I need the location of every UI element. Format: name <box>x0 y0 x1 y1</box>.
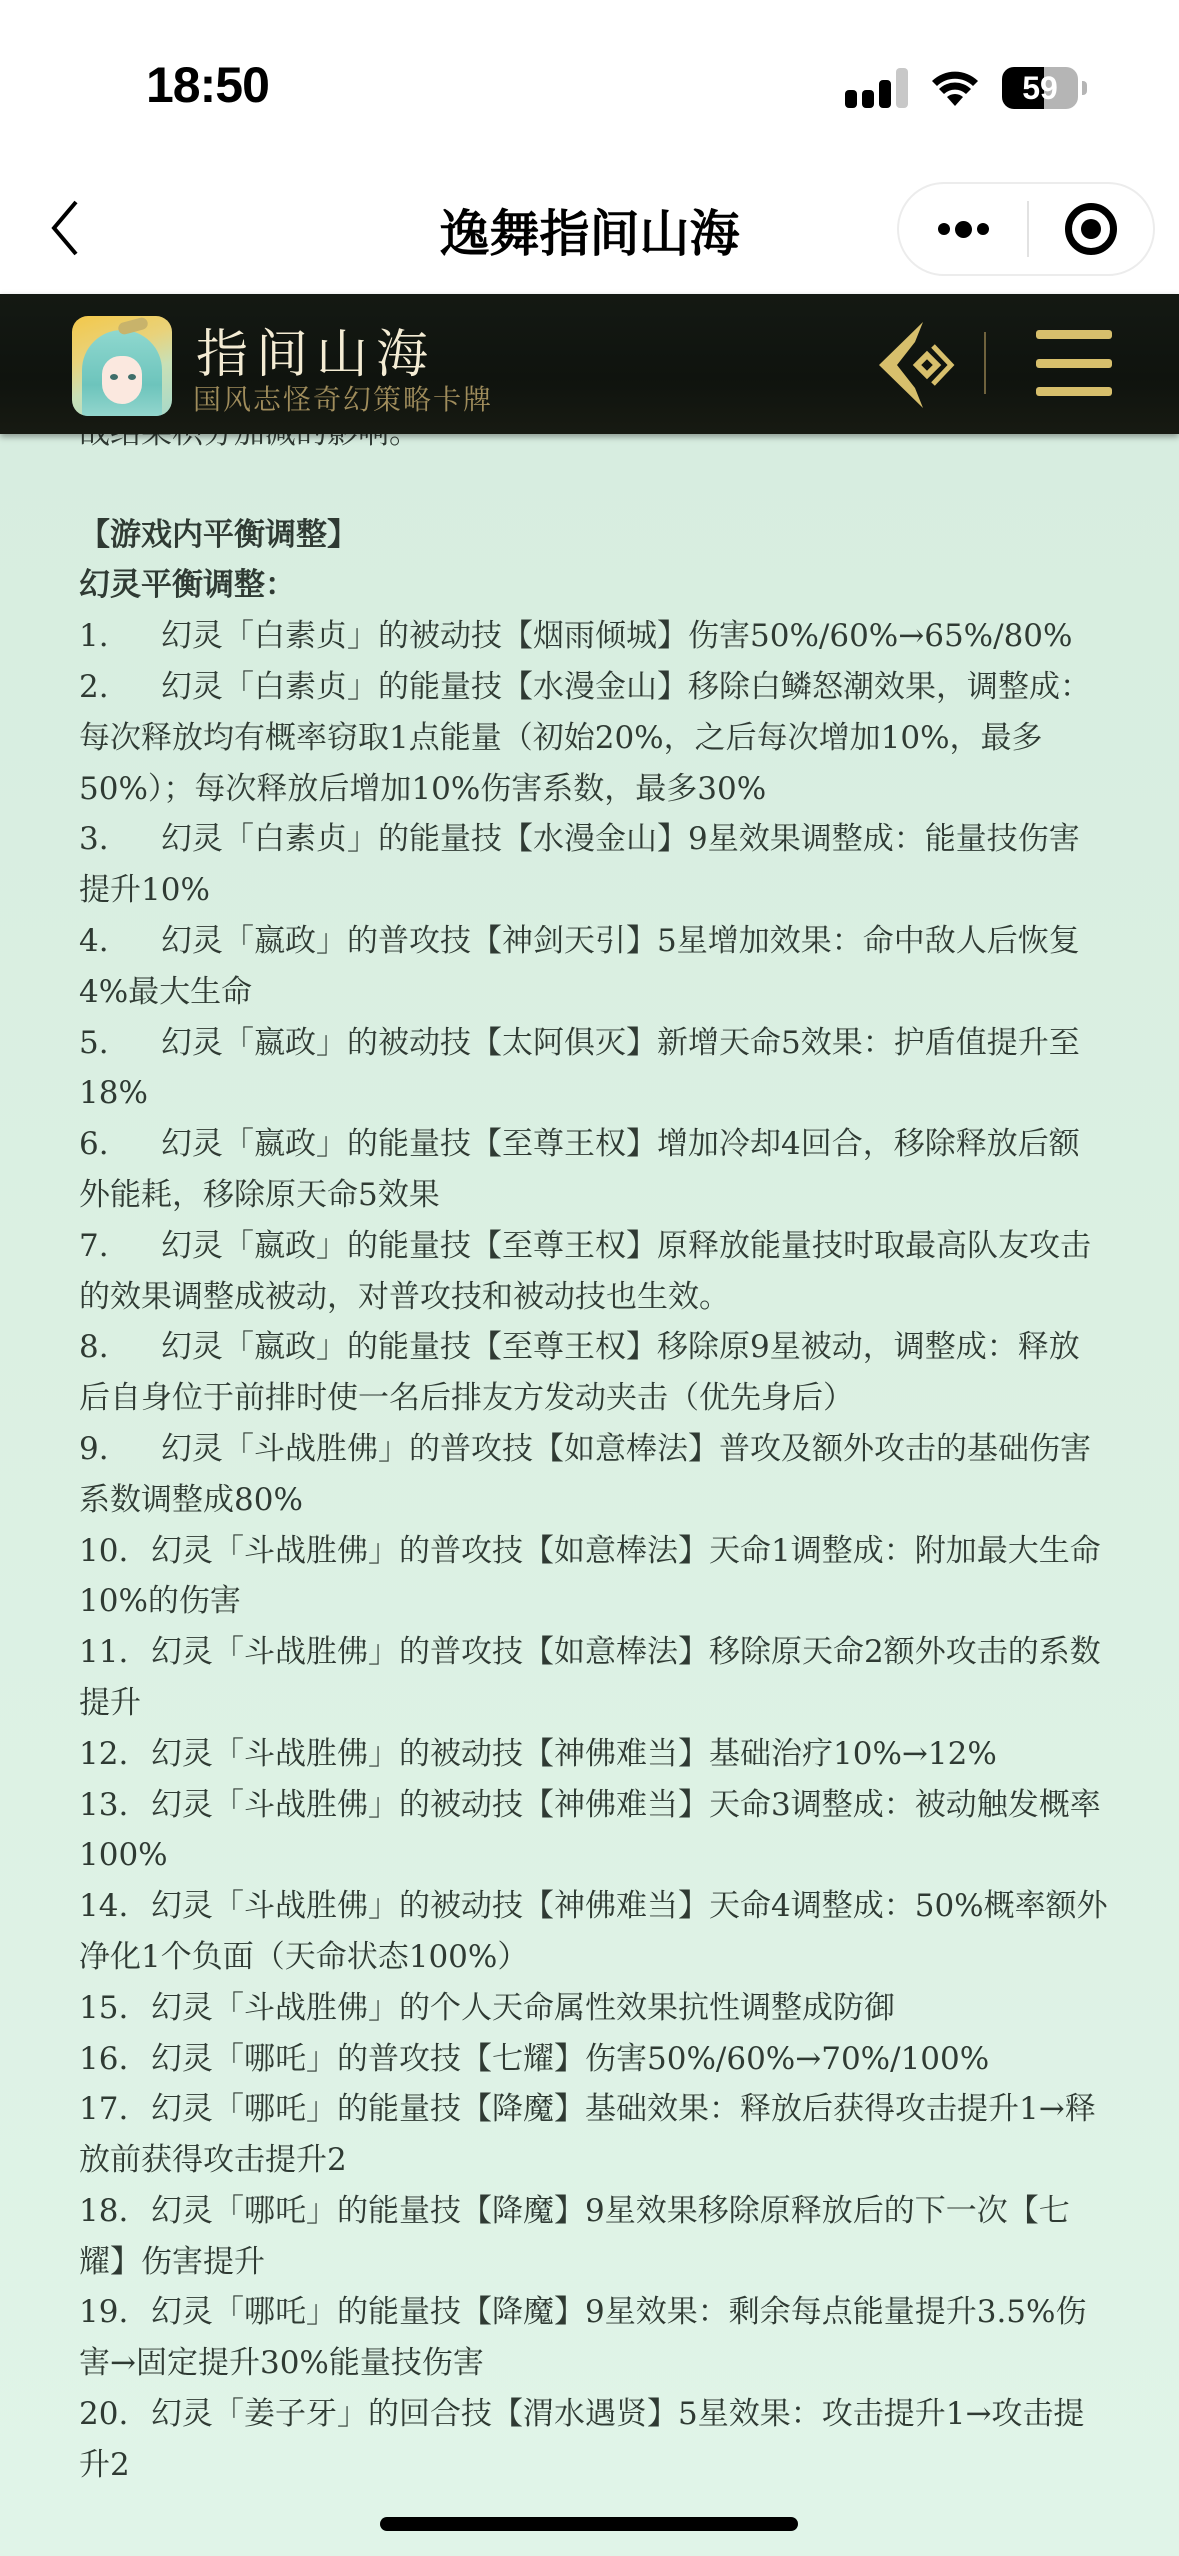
list-item: 19.幻灵「哪吒」的能量技【降魔】9星效果：剩余每点能量提升3.5%伤害→固定提… <box>79 2287 1109 2389</box>
intro-text-tail: 战结果积分加减的影响。 <box>79 434 1109 459</box>
header-divider <box>984 332 986 394</box>
list-item: 17.幻灵「哪吒」的能量技【降魔】基础效果：释放后获得攻击提升1→释放前获得攻击… <box>79 2084 1109 2186</box>
list-item: 3.幻灵「白素贞」的能量技【水漫金山】9星效果调整成：能量技伤害提升10% <box>79 814 1109 916</box>
list-item: 20.幻灵「姜子牙」的回合技【渭水遇贤】5星效果：攻击提升1→攻击提升2 <box>79 2389 1109 2491</box>
list-item: 16.幻灵「哪吒」的普攻技【七耀】伤害50%/60%→70%/100% <box>79 2034 1109 2085</box>
close-button[interactable] <box>1029 184 1153 274</box>
list-item: 10.幻灵「斗战胜佛」的普攻技【如意棒法】天命1调整成：附加最大生命10%的伤害 <box>79 1526 1109 1628</box>
list-item: 12.幻灵「斗战胜佛」的被动技【神佛难当】基础治疗10%→12% <box>79 1729 1109 1780</box>
list-item: 1.幻灵「白素贞」的被动技【烟雨倾城】伤害50%/60%→65%/80% <box>79 611 1109 662</box>
more-button[interactable] <box>899 184 1027 274</box>
wifi-icon <box>930 68 980 108</box>
list-item: 11.幻灵「斗战胜佛」的普攻技【如意棒法】移除原天命2额外攻击的系数提升 <box>79 1627 1109 1729</box>
list-item: 15.幻灵「斗战胜佛」的个人天命属性效果抗性调整成防御 <box>79 1983 1109 2034</box>
more-dots-icon <box>938 223 950 235</box>
list-item: 14.幻灵「斗战胜佛」的被动技【神佛难当】天命4调整成：50%概率额外净化1个负… <box>79 1881 1109 1983</box>
section-title: 【游戏内平衡调整】 <box>79 510 1109 561</box>
list-item: 8.幻灵「嬴政」的能量技【至尊王权】移除原9星被动，调整成：释放后自身位于前排时… <box>79 1322 1109 1424</box>
list-item: 9.幻灵「斗战胜佛」的普攻技【如意棒法】普攻及额外攻击的基础伤害系数调整成80% <box>79 1424 1109 1526</box>
game-subtitle: 国风志怪奇幻策略卡牌 <box>193 378 493 418</box>
battery-level: 59 <box>1022 70 1058 107</box>
hamburger-menu-icon[interactable] <box>1036 330 1112 396</box>
target-close-icon <box>1065 203 1117 255</box>
article-content: 战结果积分加减的影响。 【游戏内平衡调整】 幻灵平衡调整： 1.幻灵「白素贞」的… <box>0 434 1179 2556</box>
diamond-arrow-logo-icon <box>875 320 955 410</box>
cellular-signal-icon <box>845 68 908 108</box>
status-icons: 59 <box>845 66 1078 110</box>
app-icon-avatar <box>72 316 172 416</box>
status-bar: 18:50 59 <box>0 0 1179 150</box>
list-item: 18.幻灵「哪吒」的能量技【降魔】9星效果移除原释放后的下一次【七耀】伤害提升 <box>79 2186 1109 2288</box>
list-item: 2.幻灵「白素贞」的能量技【水漫金山】移除白鳞怒潮效果，调整成：每次释放均有概率… <box>79 662 1109 814</box>
list-item: 7.幻灵「嬴政」的能量技【至尊王权】原释放能量技时取最高队友攻击的效果调整成被动… <box>79 1221 1109 1323</box>
list-item: 4.幻灵「嬴政」的普攻技【神剑天引】5星增加效果：命中敌人后恢复4%最大生命 <box>79 916 1109 1018</box>
nav-bar: 逸舞指间山海 <box>0 150 1179 295</box>
list-item: 6.幻灵「嬴政」的能量技【至尊王权】增加冷却4回合，移除释放后额外能耗，移除原天… <box>79 1119 1109 1221</box>
battery-icon: 59 <box>1002 67 1078 109</box>
mini-program-capsule <box>897 182 1155 276</box>
subsection-title: 幻灵平衡调整： <box>79 560 1109 611</box>
list-item: 5.幻灵「嬴政」的被动技【太阿俱灭】新增天命5效果：护盾值提升至18% <box>79 1018 1109 1120</box>
home-indicator[interactable] <box>380 2517 798 2531</box>
game-header: 指间山海 国风志怪奇幻策略卡牌 <box>0 294 1179 434</box>
status-time: 18:50 <box>146 56 269 114</box>
list-item: 13.幻灵「斗战胜佛」的被动技【神佛难当】天命3调整成：被动触发概率100% <box>79 1780 1109 1882</box>
home-logo-button[interactable] <box>875 320 955 410</box>
game-title: 指间山海 <box>196 312 436 387</box>
